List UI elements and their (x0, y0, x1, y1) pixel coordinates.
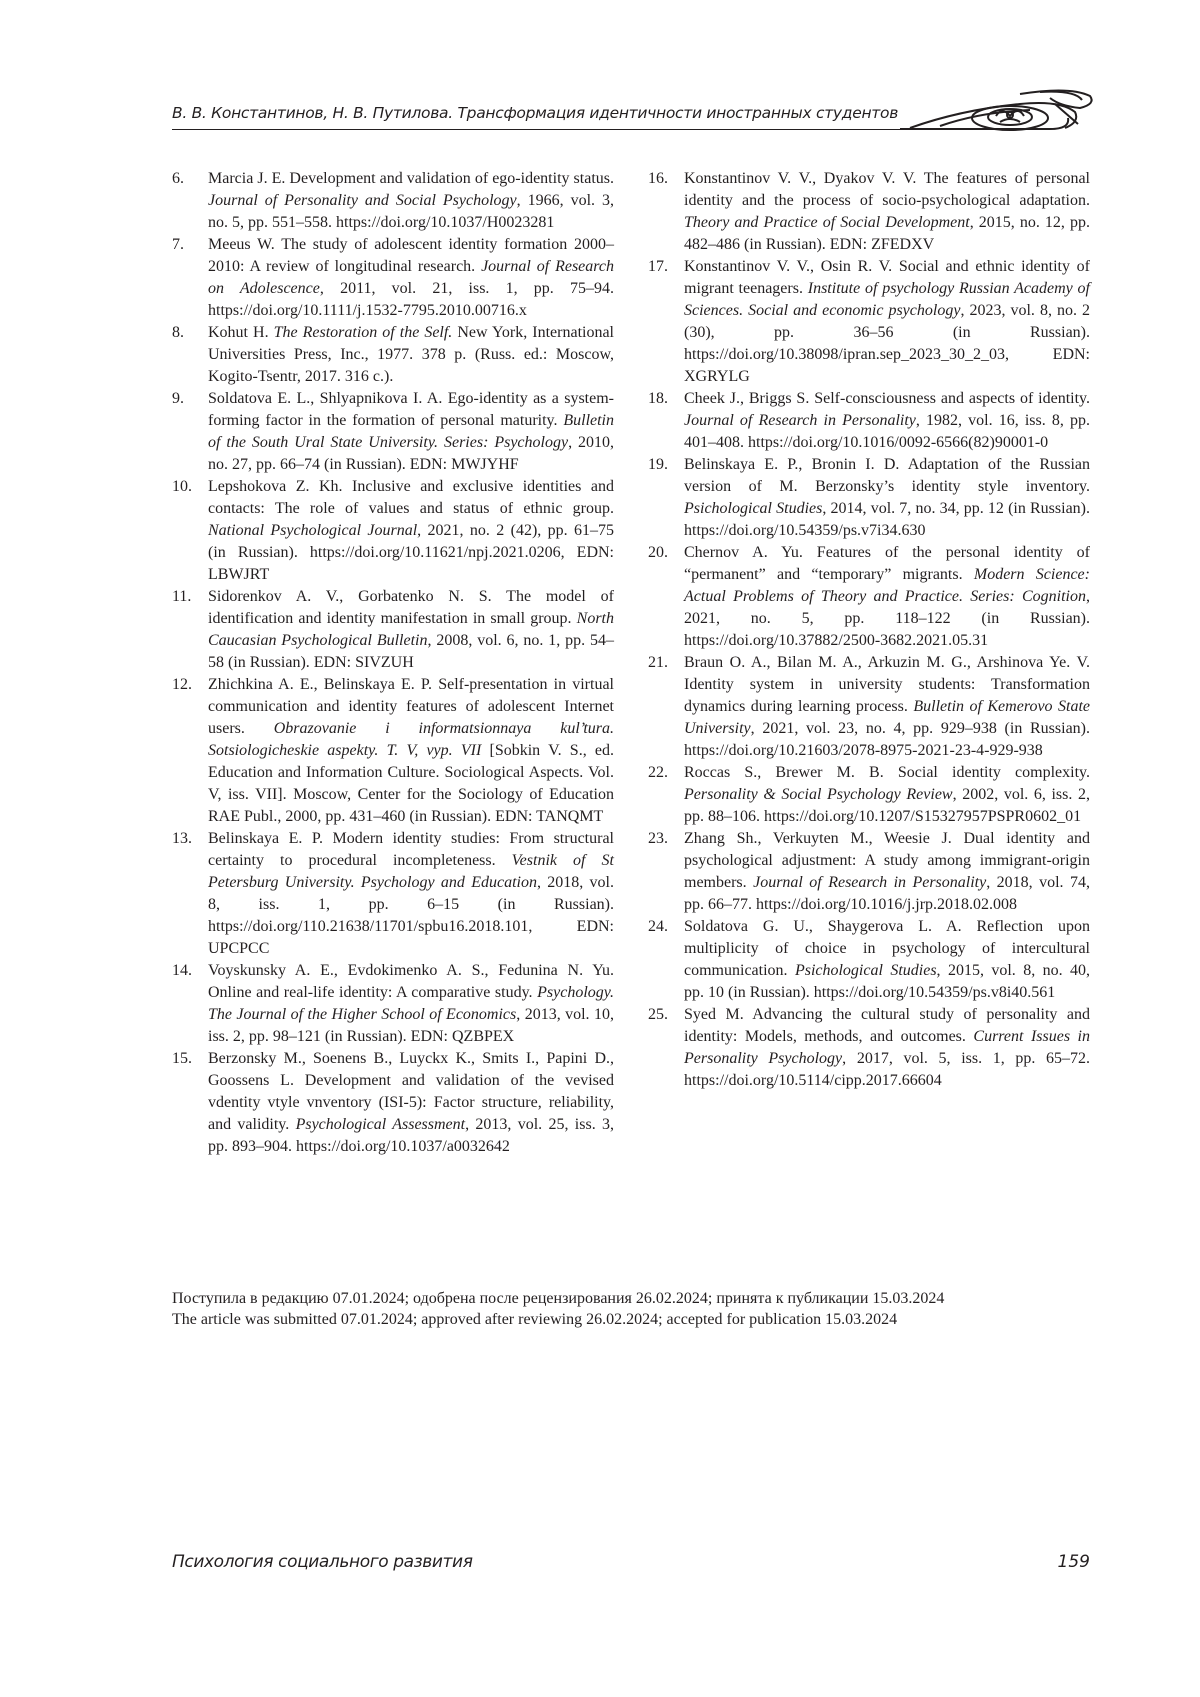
reference-number: 18. (648, 388, 668, 410)
reference-text: Lepshokova Z. Kh. Inclusive and exclusiv… (208, 478, 614, 517)
reference-source-title: Psichological Studies (795, 962, 937, 979)
reference-text: Sidorenkov A. V., Gorbatenko N. S. The m… (208, 588, 614, 627)
reference-number: 21. (648, 652, 668, 674)
reference-number: 11. (172, 586, 191, 608)
reference-item: 16.Konstantinov V. V., Dyakov V. V. The … (648, 168, 1090, 256)
reference-number: 13. (172, 828, 192, 850)
reference-text: Cheek J., Briggs S. Self-consciousness a… (684, 390, 1090, 407)
reference-source-title: Journal of Personality and Social Psycho… (208, 192, 517, 209)
running-title: В. В. Константинов, Н. В. Путилова. Тран… (172, 104, 898, 122)
page-number: 159 (1058, 1552, 1090, 1572)
reference-source-title: Journal of Research in Personality (753, 874, 986, 891)
dates-russian: Поступила в редакцию 07.01.2024; одобрен… (172, 1288, 944, 1309)
reference-item: 8.Kohut H. The Restoration of the Self. … (172, 322, 614, 388)
reference-item: 22.Roccas S., Brewer M. B. Social identi… (648, 762, 1090, 828)
reference-number: 15. (172, 1048, 192, 1070)
reference-number: 6. (172, 168, 184, 190)
reference-item: 11.Sidorenkov A. V., Gorbatenko N. S. Th… (172, 586, 614, 674)
reference-number: 25. (648, 1004, 668, 1026)
dates-english: The article was submitted 07.01.2024; ap… (172, 1309, 944, 1330)
reference-text: Marcia J. E. Development and validation … (208, 170, 614, 187)
art-nouveau-ornament-icon (900, 82, 1100, 134)
reference-item: 13.Belinskaya E. P. Modern identity stud… (172, 828, 614, 960)
reference-number: 24. (648, 916, 668, 938)
reference-item: 21.Braun O. A., Bilan M. A., Arkuzin M. … (648, 652, 1090, 762)
reference-item: 9.Soldatova E. L., Shlyapnikova I. A. Eg… (172, 388, 614, 476)
reference-number: 10. (172, 476, 192, 498)
reference-item: 20.Chernov A. Yu. Features of the person… (648, 542, 1090, 652)
reference-number: 19. (648, 454, 668, 476)
reference-source-title: Journal of Research in Personality (684, 412, 916, 429)
reference-number: 9. (172, 388, 184, 410)
reference-number: 22. (648, 762, 668, 784)
reference-item: 14.Voyskunsky A. E., Evdokimenko A. S., … (172, 960, 614, 1048)
reference-text: Soldatova E. L., Shlyapnikova I. A. Ego-… (208, 390, 614, 429)
reference-source-title: The Restoration of the Self. (274, 324, 453, 341)
reference-item: 12.Zhichkina A. E., Belinskaya E. P. Sel… (172, 674, 614, 828)
reference-text: Kohut H. (208, 324, 274, 341)
reference-item: 6.Marcia J. E. Development and validatio… (172, 168, 614, 234)
reference-item: 10.Lepshokova Z. Kh. Inclusive and exclu… (172, 476, 614, 586)
reference-text: Belinskaya E. P., Bronin I. D. Adaptatio… (684, 456, 1090, 495)
reference-source-title: Theory and Practice of Social Developmen… (684, 214, 970, 231)
publication-dates: Поступила в редакцию 07.01.2024; одобрен… (172, 1288, 944, 1330)
header-rule (172, 129, 932, 130)
journal-name: Психология социального развития (172, 1552, 473, 1572)
reference-item: 23.Zhang Sh., Verkuyten M., Weesie J. Du… (648, 828, 1090, 916)
reference-item: 7.Meeus W. The study of adolescent ident… (172, 234, 614, 322)
reference-item: 19.Belinskaya E. P., Bronin I. D. Adapta… (648, 454, 1090, 542)
reference-item: 25.Syed M. Advancing the cultural study … (648, 1004, 1090, 1092)
reference-number: 14. (172, 960, 192, 982)
reference-number: 23. (648, 828, 668, 850)
reference-source-title: Psichological Studies (684, 500, 822, 517)
reference-number: 17. (648, 256, 668, 278)
reference-number: 12. (172, 674, 192, 696)
running-header: В. В. Константинов, Н. В. Путилова. Тран… (172, 96, 1090, 136)
reference-text: Konstantinov V. V., Dyakov V. V. The fea… (684, 170, 1090, 209)
references-column-right: 16.Konstantinov V. V., Dyakov V. V. The … (648, 168, 1090, 1092)
reference-source-title: Psychological Assessment (296, 1116, 466, 1133)
page-footer: Психология социального развития 159 (172, 1552, 1090, 1582)
references-column-left: 6.Marcia J. E. Development and validatio… (172, 168, 614, 1158)
reference-number: 7. (172, 234, 184, 256)
reference-number: 8. (172, 322, 184, 344)
reference-number: 20. (648, 542, 668, 564)
reference-item: 18.Cheek J., Briggs S. Self-consciousnes… (648, 388, 1090, 454)
reference-source-title: Personality & Social Psychology Review (684, 786, 953, 803)
reference-item: 24.Soldatova G. U., Shaygerova L. A. Ref… (648, 916, 1090, 1004)
reference-item: 17.Konstantinov V. V., Osin R. V. Social… (648, 256, 1090, 388)
reference-text: Roccas S., Brewer M. B. Social identity … (684, 764, 1090, 781)
reference-source-title: National Psychological Journal (208, 522, 417, 539)
reference-item: 15.Berzonsky M., Soenens B., Luyckx K., … (172, 1048, 614, 1158)
reference-number: 16. (648, 168, 668, 190)
